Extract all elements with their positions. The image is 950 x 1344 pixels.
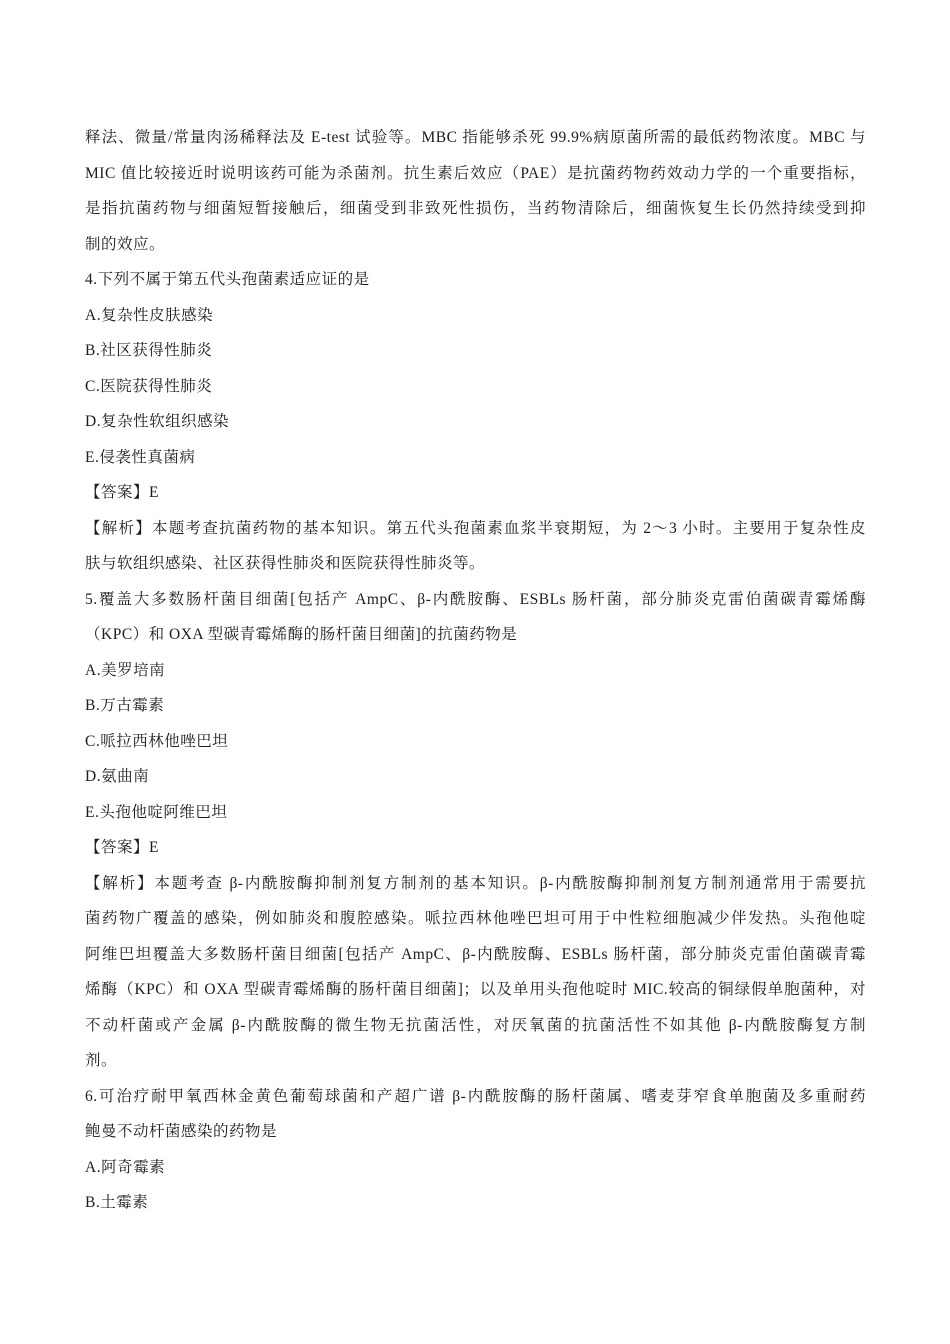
question6-option-b: B.土霉素: [85, 1185, 866, 1221]
question5-analysis-line: 烯酶（KPC）和 OXA 型碳青霉烯酶的肠杆菌目细菌]；以及单用头孢他啶时 MI…: [85, 972, 866, 1008]
question4-option-d: D.复杂性软组织感染: [85, 404, 866, 440]
question5-option-e: E.头孢他啶阿维巴坦: [85, 795, 866, 831]
question5-analysis-line: 【解析】本题考查 β-内酰胺酶抑制剂复方制剂的基本知识。β-内酰胺酶抑制剂复方制…: [85, 866, 866, 902]
question4-answer: 【答案】E: [85, 475, 866, 511]
question6-stem-line: 鲍曼不动杆菌感染的药物是: [85, 1114, 866, 1150]
question5-stem-line: （KPC）和 OXA 型碳青霉烯酶的肠杆菌目细菌]的抗菌药物是: [85, 617, 866, 653]
document-content: 释法、微量/常量肉汤稀释法及 E-test 试验等。MBC 指能够杀死 99.9…: [85, 120, 866, 1221]
question5-option-d: D.氨曲南: [85, 759, 866, 795]
question5-analysis-line: 菌药物广覆盖的感染，例如肺炎和腹腔感染。哌拉西林他唑巴坦可用于中性粒细胞减少伴发…: [85, 901, 866, 937]
intro-line: 制的效应。: [85, 227, 866, 263]
question5-option-c: C.哌拉西林他唑巴坦: [85, 724, 866, 760]
intro-line: MIC 值比较接近时说明该药可能为杀菌剂。抗生素后效应（PAE）是抗菌药物药效动…: [85, 156, 866, 192]
question5-option-b: B.万古霉素: [85, 688, 866, 724]
question4-analysis-line: 【解析】本题考查抗菌药物的基本知识。第五代头孢菌素血浆半衰期短，为 2～3 小时…: [85, 511, 866, 547]
question5-analysis-line: 剂。: [85, 1043, 866, 1079]
question5-analysis-line: 不动杆菌或产金属 β-内酰胺酶的微生物无抗菌活性，对厌氧菌的抗菌活性不如其他 β…: [85, 1008, 866, 1044]
document-page: 释法、微量/常量肉汤稀释法及 E-test 试验等。MBC 指能够杀死 99.9…: [0, 0, 950, 1344]
question6-stem-line: 6.可治疗耐甲氧西林金黄色葡萄球菌和产超广谱 β-内酰胺酶的肠杆菌属、嗜麦芽窄食…: [85, 1079, 866, 1115]
question5-answer: 【答案】E: [85, 830, 866, 866]
question4-analysis-line: 肤与软组织感染、社区获得性肺炎和医院获得性肺炎等。: [85, 546, 866, 582]
question4-stem: 4.下列不属于第五代头孢菌素适应证的是: [85, 262, 866, 298]
question4-option-c: C.医院获得性肺炎: [85, 369, 866, 405]
question5-option-a: A.美罗培南: [85, 653, 866, 689]
intro-line: 释法、微量/常量肉汤稀释法及 E-test 试验等。MBC 指能够杀死 99.9…: [85, 120, 866, 156]
question6-option-a: A.阿奇霉素: [85, 1150, 866, 1186]
question5-analysis-line: 阿维巴坦覆盖大多数肠杆菌目细菌[包括产 AmpC、β-内酰胺酶、ESBLs 肠杆…: [85, 937, 866, 973]
question4-option-e: E.侵袭性真菌病: [85, 440, 866, 476]
question5-stem-line: 5.覆盖大多数肠杆菌目细菌[包括产 AmpC、β-内酰胺酶、ESBLs 肠杆菌，…: [85, 582, 866, 618]
question4-option-b: B.社区获得性肺炎: [85, 333, 866, 369]
intro-line: 是指抗菌药物与细菌短暂接触后，细菌受到非致死性损伤，当药物清除后，细菌恢复生长仍…: [85, 191, 866, 227]
question4-option-a: A.复杂性皮肤感染: [85, 298, 866, 334]
